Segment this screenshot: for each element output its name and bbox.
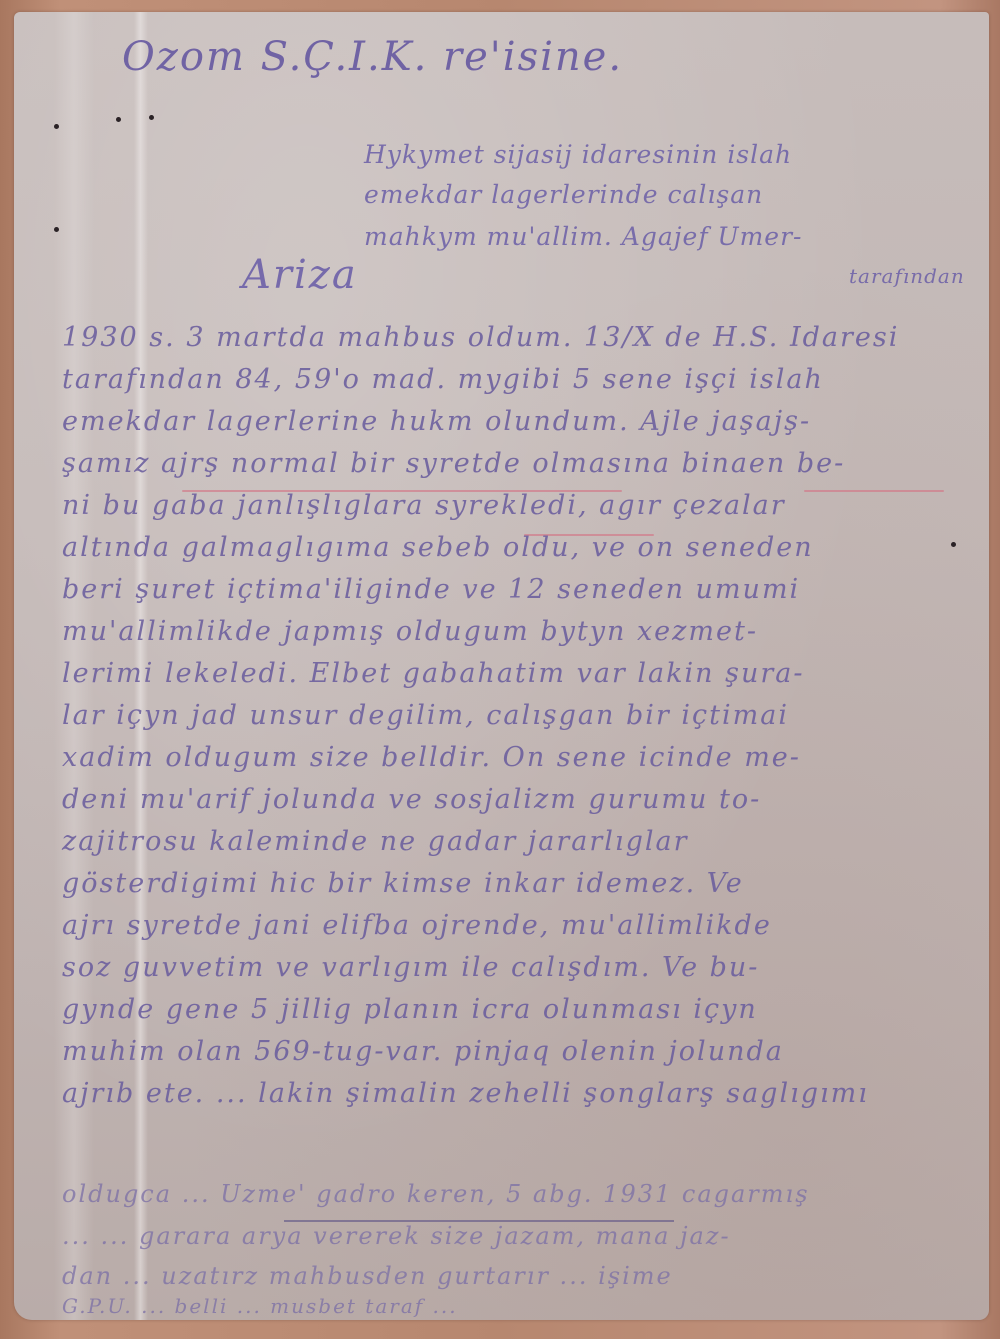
ink-blot xyxy=(951,542,956,547)
body-line: oldugca ... Uzme' gadro keren, 5 abg. 19… xyxy=(62,1180,810,1208)
body-line: 1930 s. 3 martda mahbus oldum. 13/X de H… xyxy=(62,322,899,353)
body-line: zajitrosu kaleminde ne gadar jararlıglar xyxy=(62,826,689,857)
pin-hole xyxy=(54,124,59,129)
body-line: gösterdigimi hic bir kimse inkar idemez.… xyxy=(62,868,744,899)
pin-hole xyxy=(116,117,121,122)
addressee-line: Ozom S.Ç.I.K. re'isine. xyxy=(122,34,623,80)
body-line: emekdar lagerlerine hukm olundum. Ajle j… xyxy=(62,406,811,437)
body-line: ajrıb ete. ... lakin şimalin zehelli şon… xyxy=(62,1078,869,1109)
body-line: gynde gene 5 jillig planın icra olunması… xyxy=(62,994,758,1025)
body-line: xadim oldugum size belldir. On sene icin… xyxy=(62,742,801,773)
pin-hole xyxy=(149,115,154,120)
body-line: mu'allimlikde japmış oldugum bytyn xezme… xyxy=(62,616,758,647)
body-line: soz guvvetim ve varlıgım ile calışdım. V… xyxy=(62,952,759,983)
sender-line-2: emekdar lagerlerinde calışan xyxy=(364,180,763,209)
body-line: muhim olan 569-tug-var. pinjaq olenin jo… xyxy=(62,1036,784,1067)
body-line: ... ... garara arya vererek size jazam, … xyxy=(62,1222,731,1250)
red-underline-mark xyxy=(804,490,944,492)
body-line: lar içyn jad unsur degilim, calışgan bir… xyxy=(62,700,789,731)
body-line: tarafından 84, 59'o mad. mygibi 5 sene i… xyxy=(62,364,824,395)
body-line: ajrı syretde jani elifba ojrende, mu'all… xyxy=(62,910,772,941)
sender-line-1: Hykymet sijasij idaresinin islah xyxy=(364,140,792,169)
document-paper: Ozom S.Ç.I.K. re'isine. Hykymet sijasij … xyxy=(14,12,989,1320)
body-line: beri şuret içtima'iliginde ve 12 seneden… xyxy=(62,574,800,605)
body-line: lerimi lekeledi. Elbet gabahatim var lak… xyxy=(62,658,805,689)
body-line: şamız ajrş normal bir syretde olmasına b… xyxy=(62,448,845,479)
body-line: dan ... uzatırz mahbusden gurtarır ... i… xyxy=(62,1262,673,1290)
sender-line-3: mahkym mu'allim. Agajef Umer- xyxy=(364,222,803,251)
body-line: deni mu'arif jolunda ve sosjalizm gurumu… xyxy=(62,784,761,815)
body-line: ni bu gaba janlışlıglara syrekledi, agır… xyxy=(62,490,786,521)
pin-hole xyxy=(54,227,59,232)
sender-line-4: tarafından xyxy=(849,264,965,288)
document-title: Ariza xyxy=(242,252,358,298)
body-line: altında galmaglıgıma sebeb oldu, ve on s… xyxy=(62,532,814,563)
body-line: G.P.U. ... belli ... musbet taraf ... xyxy=(62,1294,458,1318)
